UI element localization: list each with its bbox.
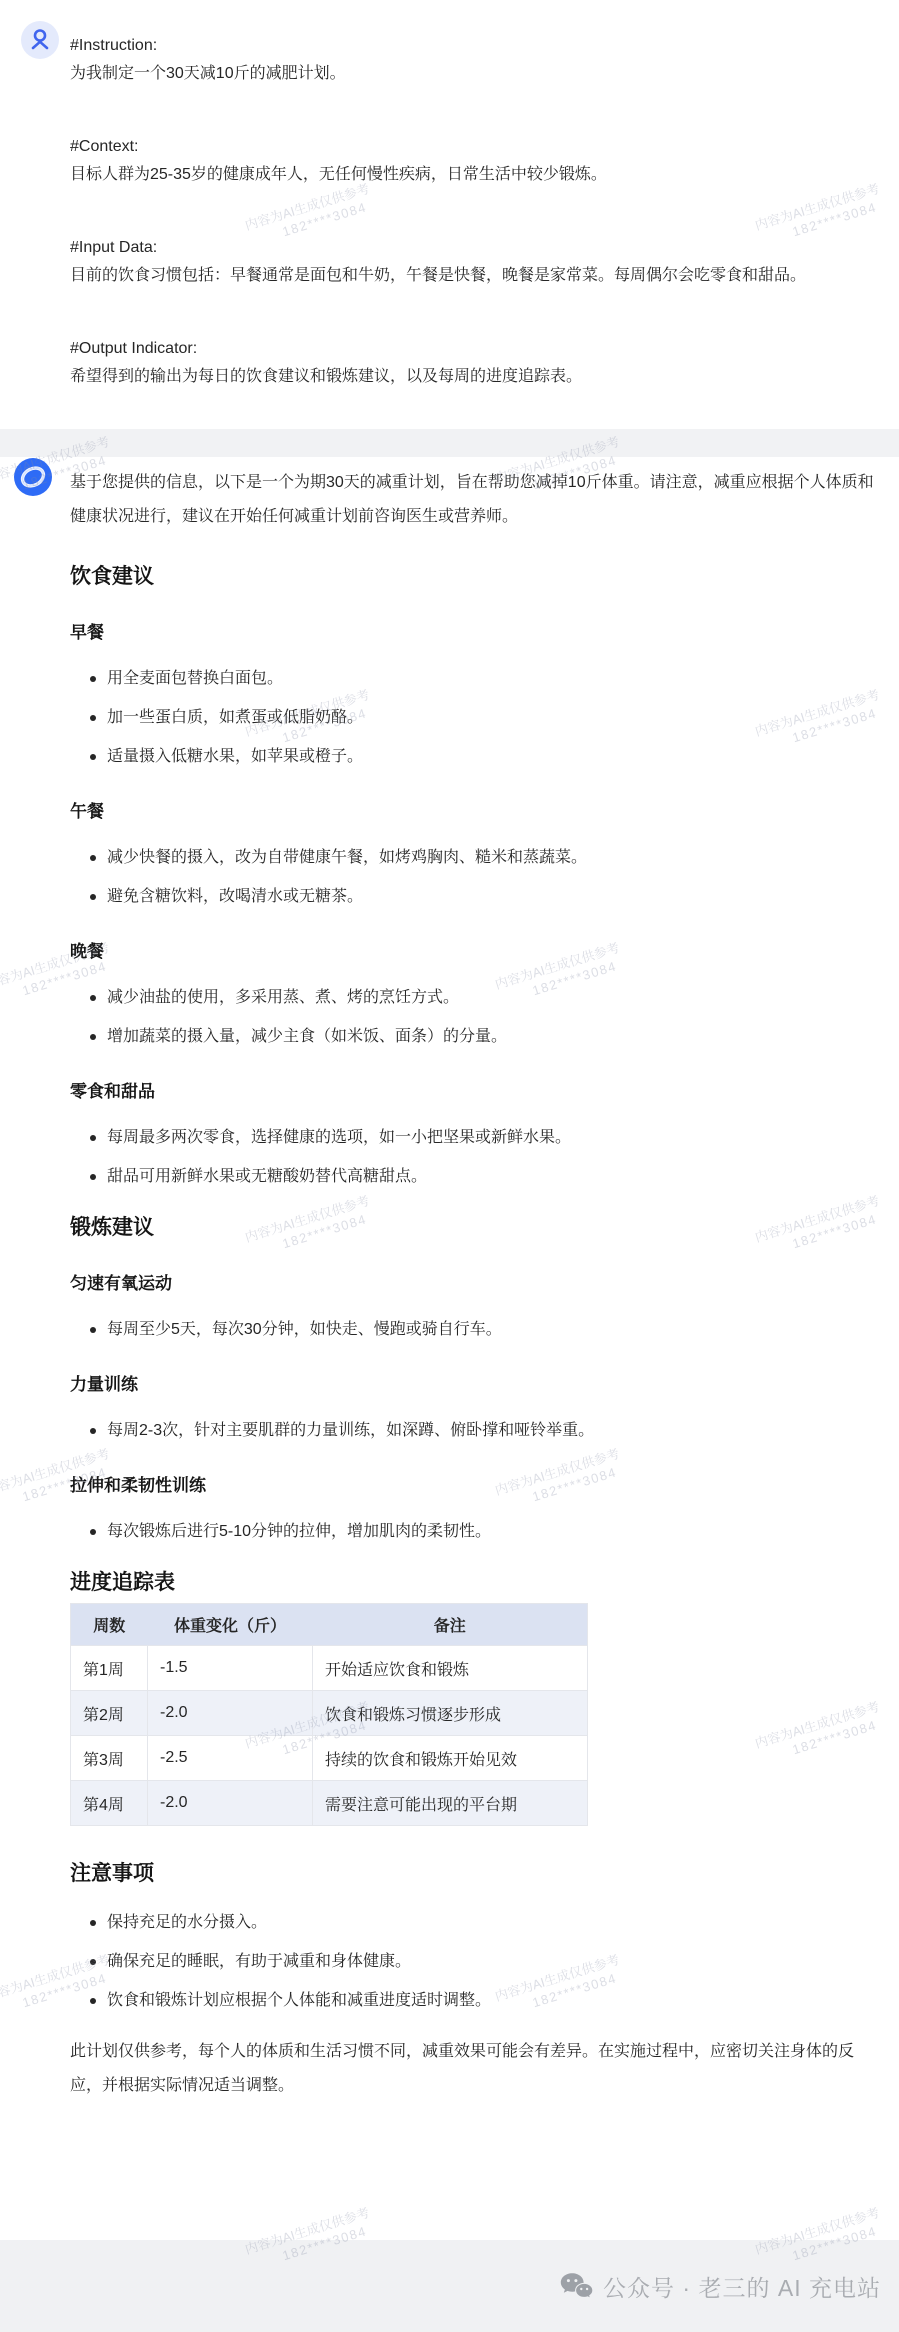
table-header-row: 周数 体重变化（斤） 备注 [71, 1604, 588, 1646]
assistant-intro: 基于您提供的信息，以下是一个为期30天的减重计划，旨在帮助您减掉10斤体重。请注… [70, 466, 883, 534]
prompt-block-context: #Context: 目标人群为25-35岁的健康成年人，无任何慢性疾病，日常生活… [70, 133, 883, 189]
list-item: 每周最多两次零食，选择健康的选项，如一小把坚果或新鲜水果。 [70, 1124, 883, 1152]
dinner-list: 减少油盐的使用，多采用蒸、煮、烤的烹饪方式。 增加蔬菜的摄入量，减少主食（如米饭… [70, 984, 883, 1051]
section-title-progress: 进度追踪表 [70, 1568, 883, 1598]
progress-table: 周数 体重变化（斤） 备注 第1周 -1.5 开始适应饮食和锻炼 第2周 -2.… [70, 1603, 588, 1826]
wechat-icon [560, 2272, 593, 2300]
notes-list: 保持充足的水分摄入。 确保充足的睡眠，有助于减重和身体健康。 饮食和锻炼计划应根… [70, 1909, 883, 2015]
table-cell: -2.0 [148, 1691, 313, 1736]
chat-transcript-page: #Instruction: 为我制定一个30天减10斤的减肥计划。 #Conte… [0, 0, 899, 2332]
list-item: 确保充足的睡眠，有助于减重和身体健康。 [70, 1948, 883, 1976]
table-cell: 第1周 [71, 1646, 148, 1691]
stretching-list: 每次锻炼后进行5-10分钟的拉伸，增加肌肉的柔韧性。 [70, 1518, 883, 1546]
list-item: 减少油盐的使用，多采用蒸、煮、烤的烹饪方式。 [70, 984, 883, 1012]
prompt-label: #Context: [70, 133, 883, 161]
prompt-text: 希望得到的输出为每日的饮食建议和锻炼建议，以及每周的进度追踪表。 [70, 363, 883, 391]
user-message: #Instruction: 为我制定一个30天减10斤的减肥计划。 #Conte… [0, 0, 899, 429]
list-item: 饮食和锻炼计划应根据个人体能和减重进度适时调整。 [70, 1987, 883, 2015]
list-item: 减少快餐的摄入，改为自带健康午餐，如烤鸡胸肉、糙米和蒸蔬菜。 [70, 844, 883, 872]
assistant-logo-swirl-icon [14, 458, 52, 496]
table-cell: 第3周 [71, 1736, 148, 1781]
assistant-message-body: 基于您提供的信息，以下是一个为期30天的减重计划，旨在帮助您减掉10斤体重。请注… [0, 466, 899, 2103]
assistant-message: 基于您提供的信息，以下是一个为期30天的减重计划，旨在帮助您减掉10斤体重。请注… [0, 457, 899, 2121]
table-cell: -2.0 [148, 1781, 313, 1826]
message-divider [0, 429, 899, 457]
prompt-text: 目前的饮食习惯包括：早餐通常是面包和牛奶，午餐是快餐，晚餐是家常菜。每周偶尔会吃… [70, 262, 883, 290]
list-item: 每周2-3次，针对主要肌群的力量训练，如深蹲、俯卧撑和哑铃举重。 [70, 1417, 883, 1445]
user-message-body: #Instruction: 为我制定一个30天减10斤的减肥计划。 #Conte… [0, 32, 899, 391]
list-item: 适量摄入低糖水果，如苹果或橙子。 [70, 743, 883, 771]
section-title-diet: 饮食建议 [70, 562, 883, 592]
footer-banner: 公众号 · 老三的 AI 充电站 [0, 2240, 899, 2332]
list-item: 甜品可用新鲜水果或无糖酸奶替代高糖甜点。 [70, 1163, 883, 1191]
table-cell: 开始适应饮食和锻炼 [313, 1646, 588, 1691]
table-row: 第4周 -2.0 需要注意可能出现的平台期 [71, 1781, 588, 1826]
footer-text: 公众号 · 老三的 AI 充电站 [603, 2270, 881, 2303]
cardio-list: 每周至少5天，每次30分钟，如快走、慢跑或骑自行车。 [70, 1316, 883, 1344]
list-item: 加一些蛋白质，如煮蛋或低脂奶酪。 [70, 704, 883, 732]
assistant-avatar [14, 458, 52, 496]
prompt-block-input-data: #Input Data: 目前的饮食习惯包括：早餐通常是面包和牛奶，午餐是快餐，… [70, 234, 883, 290]
closing-paragraph: 此计划仅供参考，每个人的体质和生活习惯不同，减重效果可能会有差异。在实施过程中，… [70, 2035, 883, 2103]
table-cell: 第4周 [71, 1781, 148, 1826]
table-cell: 持续的饮食和锻炼开始见效 [313, 1736, 588, 1781]
table-row: 第1周 -1.5 开始适应饮食和锻炼 [71, 1646, 588, 1691]
table-header-cell: 体重变化（斤） [148, 1604, 313, 1646]
prompt-label: #Instruction: [70, 32, 883, 60]
table-row: 第3周 -2.5 持续的饮食和锻炼开始见效 [71, 1736, 588, 1781]
table-cell: -1.5 [148, 1646, 313, 1691]
subsection-snacks: 零食和甜品 [70, 1080, 883, 1104]
person-icon [21, 21, 59, 59]
subsection-breakfast: 早餐 [70, 621, 883, 645]
subsection-dinner: 晚餐 [70, 940, 883, 964]
subsection-lunch: 午餐 [70, 800, 883, 824]
list-item: 用全麦面包替换白面包。 [70, 665, 883, 693]
list-item: 增加蔬菜的摄入量，减少主食（如米饭、面条）的分量。 [70, 1023, 883, 1051]
breakfast-list: 用全麦面包替换白面包。 加一些蛋白质，如煮蛋或低脂奶酪。 适量摄入低糖水果，如苹… [70, 665, 883, 771]
subsection-cardio: 匀速有氧运动 [70, 1272, 883, 1296]
prompt-block-output-indicator: #Output Indicator: 希望得到的输出为每日的饮食建议和锻炼建议，… [70, 335, 883, 391]
table-header-cell: 周数 [71, 1604, 148, 1646]
user-avatar [21, 21, 59, 59]
prompt-label: #Output Indicator: [70, 335, 883, 363]
subsection-stretching: 拉伸和柔韧性训练 [70, 1474, 883, 1498]
table-cell: 第2周 [71, 1691, 148, 1736]
table-cell: 需要注意可能出现的平台期 [313, 1781, 588, 1826]
prompt-label: #Input Data: [70, 234, 883, 262]
prompt-text: 目标人群为25-35岁的健康成年人，无任何慢性疾病，日常生活中较少锻炼。 [70, 161, 883, 189]
prompt-text: 为我制定一个30天减10斤的减肥计划。 [70, 60, 883, 88]
table-cell: 饮食和锻炼习惯逐步形成 [313, 1691, 588, 1736]
table-row: 第2周 -2.0 饮食和锻炼习惯逐步形成 [71, 1691, 588, 1736]
list-item: 避免含糖饮料，改喝清水或无糖茶。 [70, 883, 883, 911]
subsection-strength: 力量训练 [70, 1373, 883, 1397]
snacks-list: 每周最多两次零食，选择健康的选项，如一小把坚果或新鲜水果。 甜品可用新鲜水果或无… [70, 1124, 883, 1191]
table-header-cell: 备注 [313, 1604, 588, 1646]
section-title-exercise: 锻炼建议 [70, 1213, 883, 1243]
prompt-block-instruction: #Instruction: 为我制定一个30天减10斤的减肥计划。 [70, 32, 883, 88]
table-cell: -2.5 [148, 1736, 313, 1781]
strength-list: 每周2-3次，针对主要肌群的力量训练，如深蹲、俯卧撑和哑铃举重。 [70, 1417, 883, 1445]
section-title-notes: 注意事项 [70, 1859, 883, 1889]
list-item: 每次锻炼后进行5-10分钟的拉伸，增加肌肉的柔韧性。 [70, 1518, 883, 1546]
list-item: 每周至少5天，每次30分钟，如快走、慢跑或骑自行车。 [70, 1316, 883, 1344]
list-item: 保持充足的水分摄入。 [70, 1909, 883, 1937]
lunch-list: 减少快餐的摄入，改为自带健康午餐，如烤鸡胸肉、糙米和蒸蔬菜。 避免含糖饮料，改喝… [70, 844, 883, 911]
